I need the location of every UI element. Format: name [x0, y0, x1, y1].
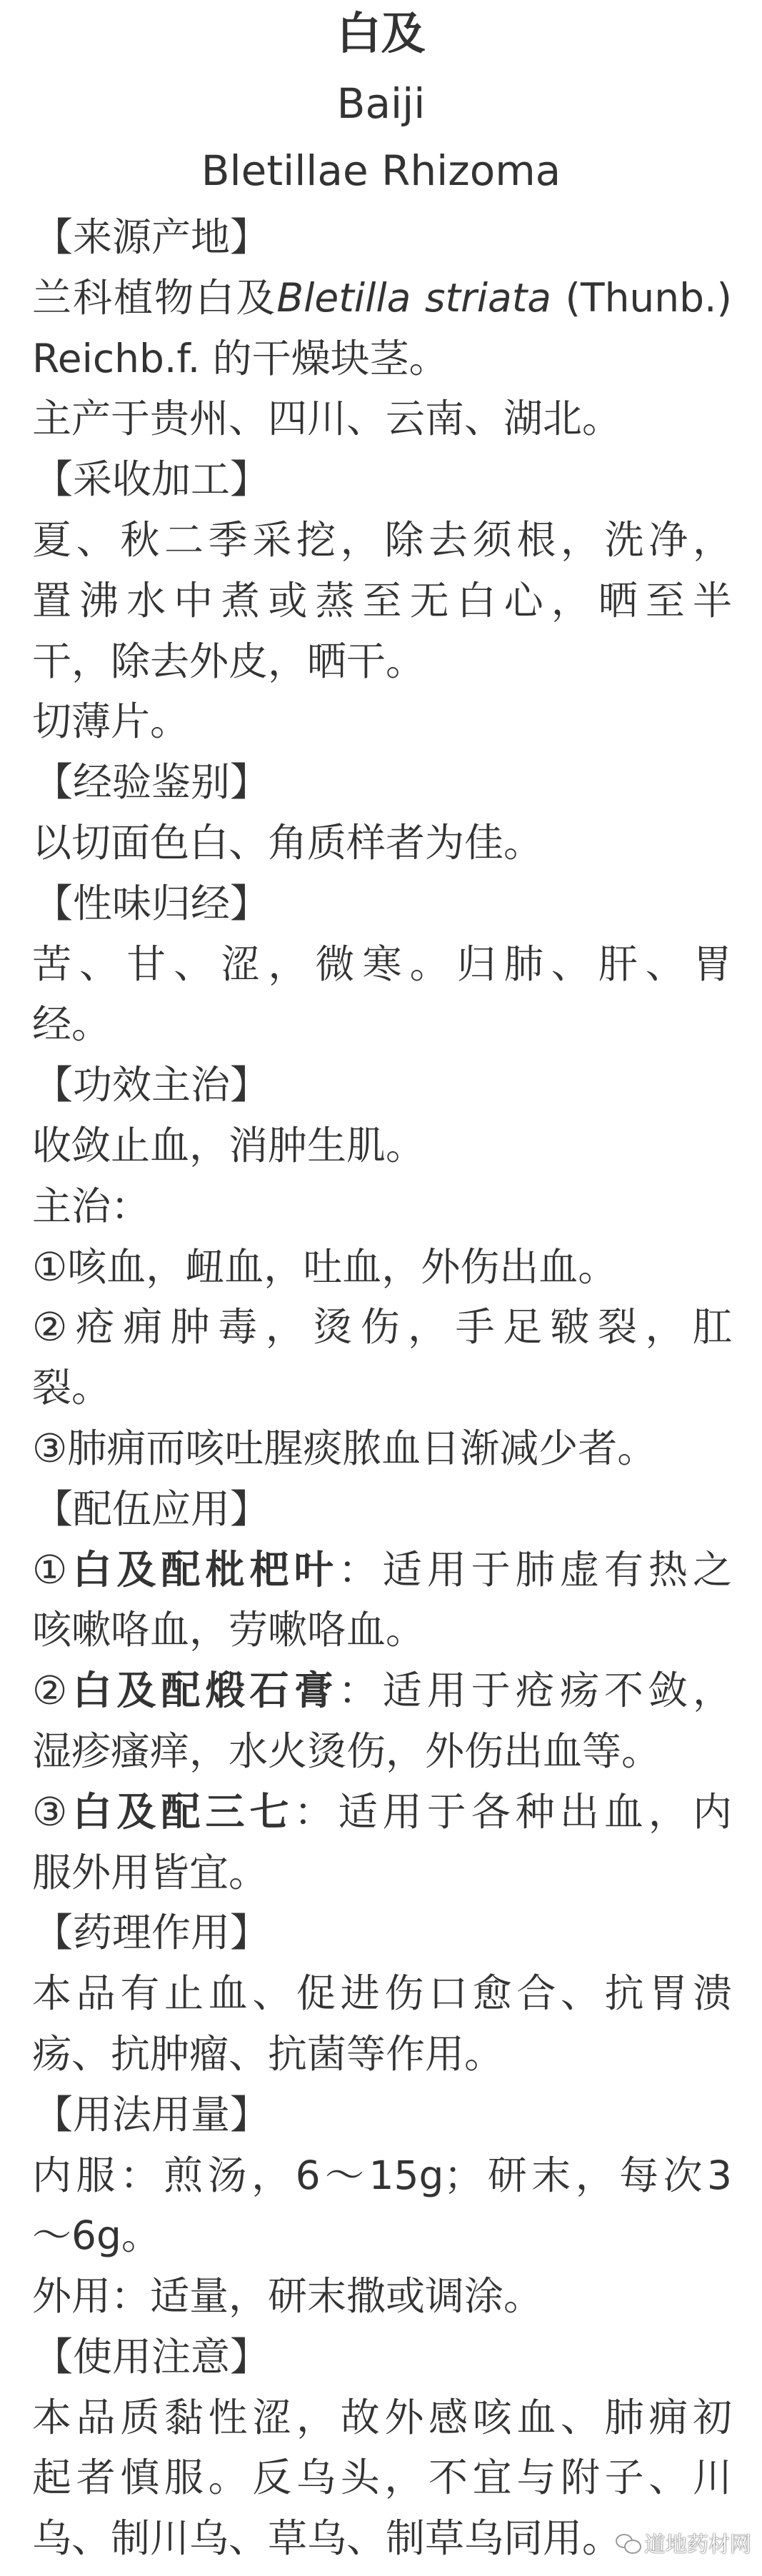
combination-text: 适用于肺虚有热之: [383, 1547, 732, 1593]
section-heading-dosage: 【用法用量】: [32, 2085, 732, 2145]
pharmacology-line: 疡、抗肿瘤、抗菌等作用。: [32, 2024, 732, 2085]
identification-line: 以切面色白、角质样者为佳。: [32, 813, 732, 873]
watermark: 道地药材网: [616, 2521, 751, 2564]
section-heading-efficacy: 【功效主治】: [32, 1055, 732, 1116]
source-line: 兰科植物白及Bletilla striata (Thunb.): [32, 268, 732, 329]
combination-item: ②白及配煅石膏：适用于疮疡不敛，: [32, 1660, 732, 1721]
precautions-line: 起者慎服。反乌头，不宜与附子、川: [32, 2447, 732, 2508]
separator: ：: [339, 1547, 383, 1593]
combination-line: 服外用皆宜。: [32, 1843, 732, 1903]
latin-name: Bletillae Rhizoma: [0, 140, 762, 201]
combination-text: 适用于各种出血，内: [339, 1789, 732, 1835]
combination-name: 白及配煅石膏: [72, 1668, 338, 1713]
efficacy-line: ②疮痈肿毒，烫伤，手足皲裂，肛: [32, 1297, 732, 1358]
processing-line: 置沸水中煮或蒸至无白心，晒至半: [32, 571, 732, 631]
source-line: Reichb.f. 的干燥块茎。: [32, 329, 732, 389]
section-heading-source: 【来源产地】: [32, 207, 732, 268]
nature-line: 经。: [32, 994, 732, 1055]
efficacy-line: ③肺痈而咳吐腥痰脓血日渐减少者。: [32, 1418, 732, 1479]
processing-line: 夏、秋二季采挖，除去须根，洗净，: [32, 510, 732, 571]
item-marker: ②: [32, 1668, 72, 1713]
combination-name: 白及配枇杷叶: [72, 1547, 338, 1593]
source-line: 主产于贵州、四川、云南、湖北。: [32, 389, 732, 449]
text: (Thunb.): [551, 275, 732, 321]
combination-line: 咳嗽咯血，劳嗽咯血。: [32, 1600, 732, 1660]
article-body: 【来源产地】 兰科植物白及Bletilla striata (Thunb.) R…: [32, 207, 732, 2569]
section-heading-precautions: 【使用注意】: [32, 2327, 732, 2387]
dosage-line: ～6g。: [32, 2205, 732, 2266]
efficacy-line: 裂。: [32, 1358, 732, 1418]
latin-species: Bletilla striata: [276, 275, 551, 321]
section-heading-pharmacology: 【药理作用】: [32, 1903, 732, 1963]
combination-line: 湿疹瘙痒，水火烫伤，外伤出血等。: [32, 1721, 732, 1782]
combination-text: 适用于疮疡不敛，: [383, 1668, 732, 1713]
wechat-icon: [616, 2532, 640, 2552]
watermark-text: 道地药材网: [644, 2527, 751, 2558]
page-title: 白及: [0, 3, 762, 64]
efficacy-line: 主治：: [32, 1176, 732, 1237]
separator: ：: [339, 1668, 383, 1713]
item-marker: ①: [32, 1547, 72, 1593]
section-heading-identification: 【经验鉴别】: [32, 752, 732, 813]
pharmacology-line: 本品有止血、促进伤口愈合、抗胃溃: [32, 1963, 732, 2024]
section-heading-nature: 【性味归经】: [32, 873, 732, 934]
efficacy-line: 收敛止血，消肿生肌。: [32, 1116, 732, 1176]
combination-name: 白及配三七: [72, 1789, 294, 1835]
efficacy-line: ①咳血，衄血，吐血，外伤出血。: [32, 1237, 732, 1298]
nature-line: 苦、甘、涩，微寒。归肺、肝、胃: [32, 934, 732, 995]
processing-line: 干，除去外皮，晒干。: [32, 631, 732, 692]
item-marker: ③: [32, 1789, 72, 1835]
dosage-line: 内服：煎汤，6～15g；研末，每次3: [32, 2145, 732, 2206]
pinyin-name: Baiji: [0, 73, 762, 134]
separator: ：: [294, 1789, 339, 1835]
section-heading-processing: 【采收加工】: [32, 449, 732, 510]
combination-item: ①白及配枇杷叶：适用于肺虚有热之: [32, 1540, 732, 1600]
processing-line: 切薄片。: [32, 691, 732, 752]
text: 兰科植物白及: [32, 275, 276, 321]
dosage-line: 外用：适量，研末撒或调涂。: [32, 2266, 732, 2327]
combination-item: ③白及配三七：适用于各种出血，内: [32, 1782, 732, 1843]
section-heading-combination: 【配伍应用】: [32, 1479, 732, 1540]
precautions-line: 本品质黏性涩，故外感咳血、肺痈初: [32, 2387, 732, 2448]
